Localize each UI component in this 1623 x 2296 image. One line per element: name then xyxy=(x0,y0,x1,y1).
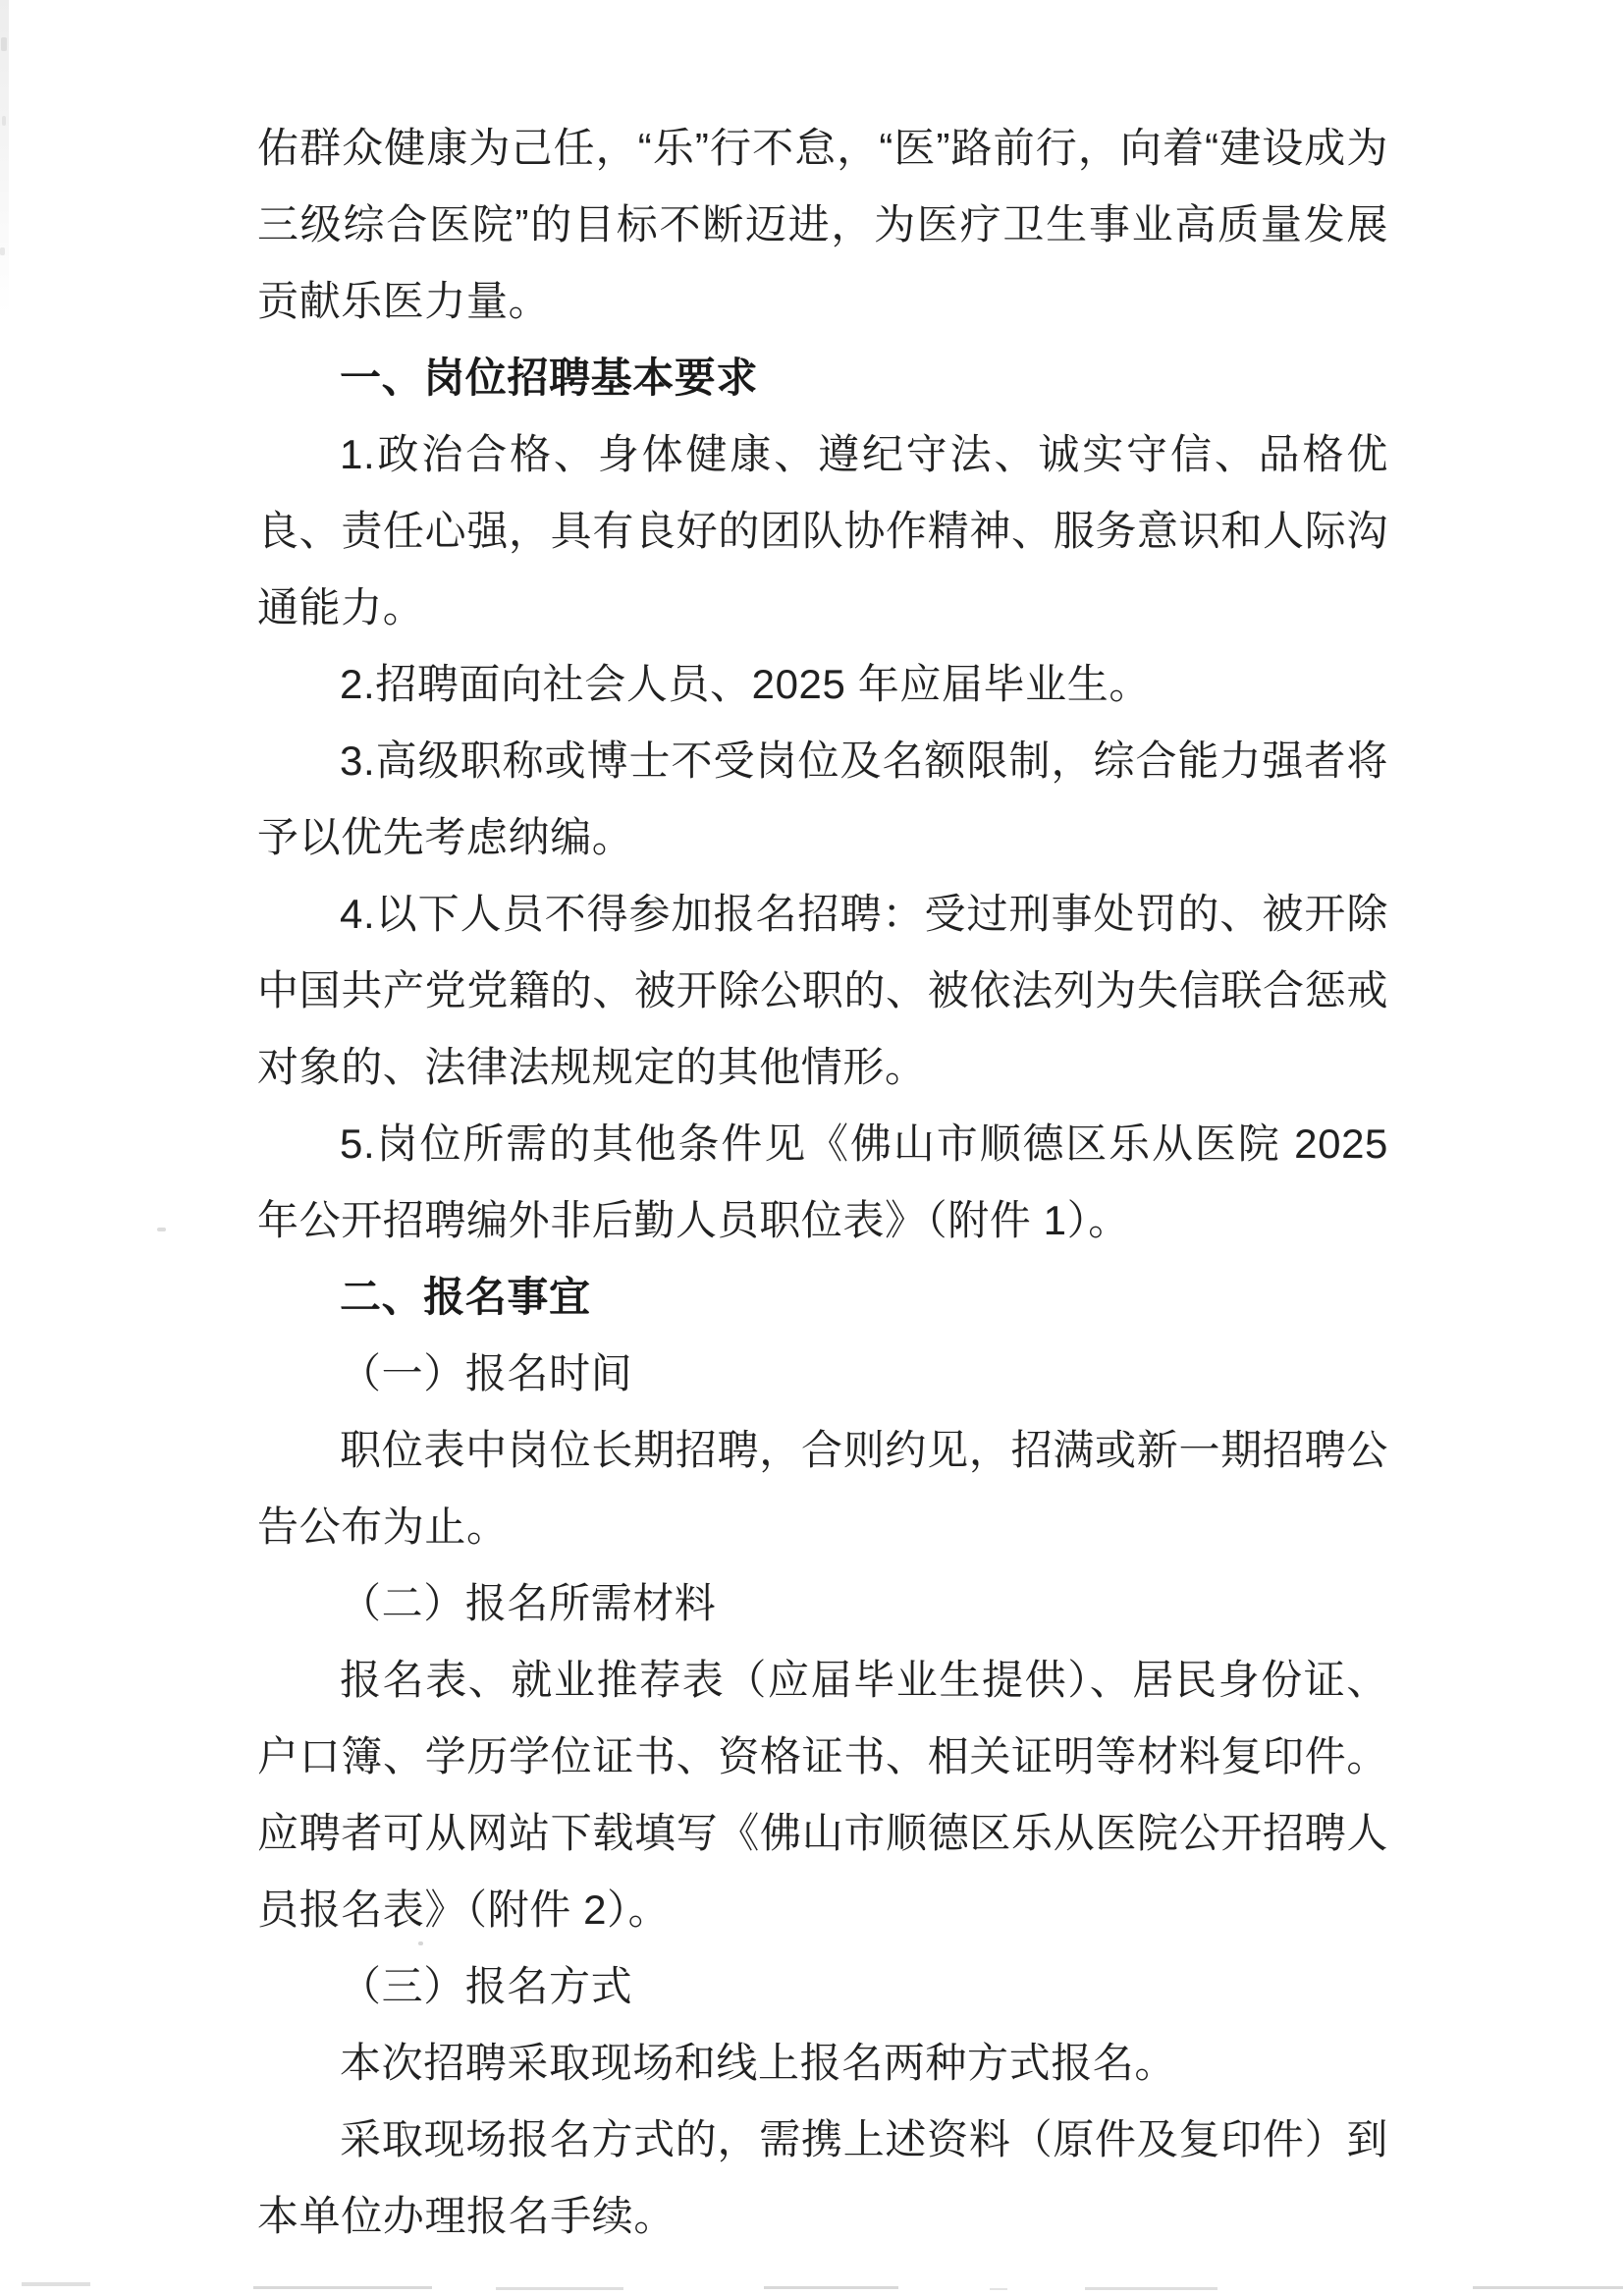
scan-speck xyxy=(2,116,6,126)
scan-speck xyxy=(1,37,7,51)
scan-bottom-edge-artifact xyxy=(253,2286,432,2289)
section-heading: 二、报名事宜 xyxy=(257,1259,1388,1336)
scanned-document-page: 佑群众健康为己任，“乐”行不怠，“医”路前行，向着“建设成为三级综合医院”的目标… xyxy=(0,0,1623,2296)
paragraph: 职位表中岗位长期招聘，合则约见，招满或新一期招聘公告公布为止。 xyxy=(257,1412,1388,1565)
scan-bottom-edge-artifact xyxy=(1085,2287,1217,2290)
paragraph: 佑群众健康为己任，“乐”行不怠，“医”路前行，向着“建设成为三级综合医院”的目标… xyxy=(257,110,1388,340)
paragraph: 报名表、就业推荐表（应届毕业生提供）、居民身份证、户口簿、学历学位证书、资格证书… xyxy=(257,1642,1388,1948)
sub-heading: （二）报名所需材料 xyxy=(257,1565,1388,1642)
sub-heading: （一）报名时间 xyxy=(257,1336,1388,1412)
paragraph: 5.岗位所需的其他条件见《佛山市顺德区乐从医院 2025 年公开招聘编外非后勤人… xyxy=(257,1106,1388,1259)
sub-heading: （三）报名方式 xyxy=(257,1948,1388,2025)
paragraph: 3.高级职称或博士不受岗位及名额限制，综合能力强者将予以优先考虑纳编。 xyxy=(257,723,1388,876)
scan-speck xyxy=(0,247,5,255)
scan-speck xyxy=(418,1941,423,1945)
paragraph: 2.招聘面向社会人员、2025 年应届毕业生。 xyxy=(257,646,1388,723)
scan-bottom-edge-artifact xyxy=(990,2288,1007,2290)
text-block: 佑群众健康为己任，“乐”行不怠，“医”路前行，向着“建设成为三级综合医院”的目标… xyxy=(257,110,1388,2255)
scan-speck xyxy=(157,1228,166,1231)
section-heading: 一、岗位招聘基本要求 xyxy=(257,340,1388,416)
paragraph: 4.以下人员不得参加报名招聘：受过刑事处罚的、被开除中国共产党党籍的、被开除公职… xyxy=(257,876,1388,1106)
paragraph: 本次招聘采取现场和线上报名两种方式报名。 xyxy=(257,2025,1388,2102)
paragraph: 1.政治合格、身体健康、遵纪守法、诚实守信、品格优良、责任心强，具有良好的团队协… xyxy=(257,416,1388,646)
scan-bottom-edge-artifact xyxy=(496,2287,623,2290)
scan-bottom-edge-artifact xyxy=(22,2282,90,2286)
scan-bottom-edge-artifact xyxy=(1473,2286,1623,2289)
paragraph: 采取现场报名方式的，需携上述资料（原件及复印件）到本单位办理报名手续。 xyxy=(257,2102,1388,2255)
scan-bottom-edge-artifact xyxy=(764,2286,898,2289)
